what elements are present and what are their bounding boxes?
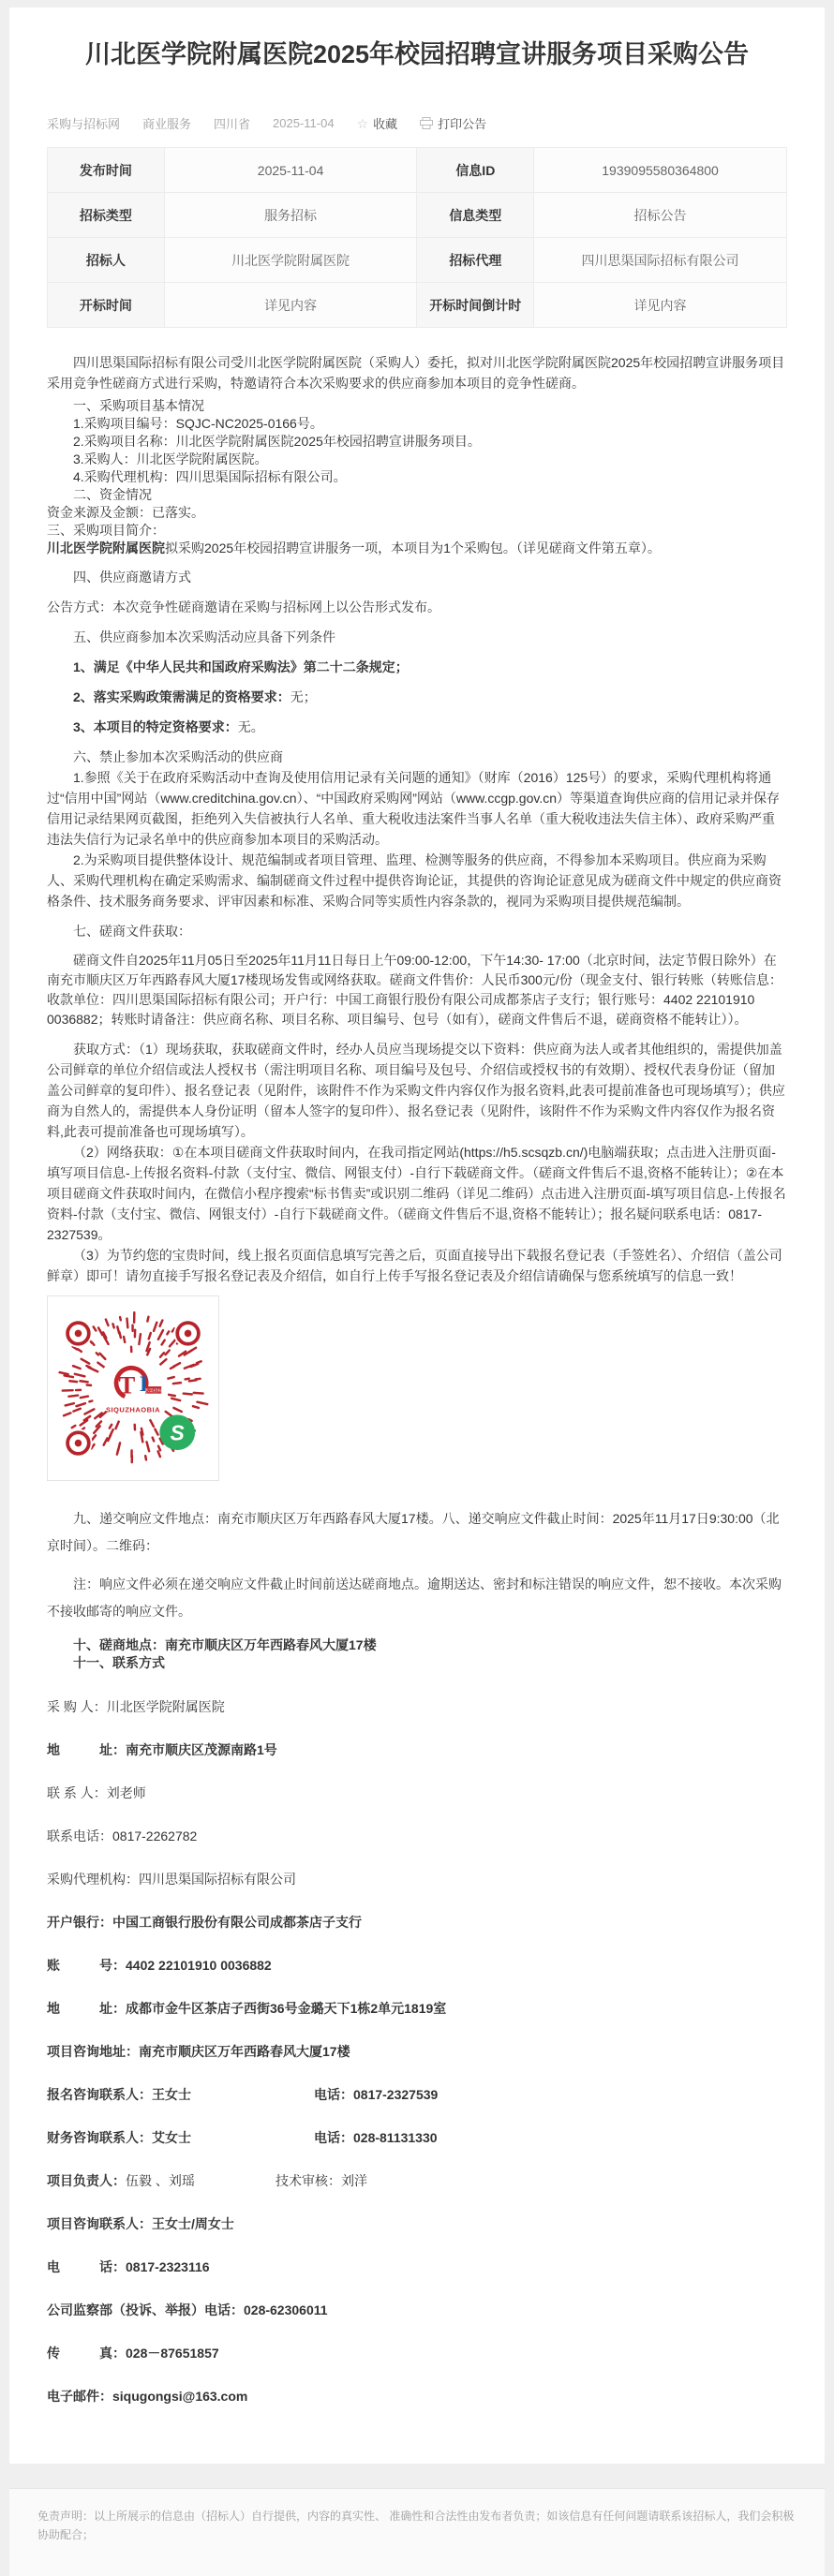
info-label: 招标代理 (417, 238, 534, 283)
info-label: 开标时间 (48, 283, 165, 328)
contact-line: 地 址：成都市金牛区茶店子西街36号金璐天下1栋2单元1819室 (47, 2001, 787, 2017)
info-label: 发布时间 (48, 148, 165, 193)
info-table-row: 开标时间 详见内容 开标时间倒计时 详见内容 (48, 283, 787, 328)
favorite-button[interactable]: ☆ 收藏 (357, 114, 398, 132)
contact-line: 项目咨询地址：南充市顺庆区万年西路春风大厦17楼 (47, 2044, 787, 2060)
paragraph: 一、采购项目基本情况 (47, 397, 787, 415)
qr-code-image: T I 思渠招标 SIQUZHAOBIA S (47, 1295, 219, 1481)
contact-list: 采 购 人：川北医学院附属医院地 址：南充市顺庆区茂源南路1号联 系 人：刘老师… (47, 1699, 787, 2405)
info-value: 详见内容 (534, 283, 787, 328)
info-label: 开标时间倒计时 (417, 283, 534, 328)
paragraph: （3）为节约您的宝贵时间，线上报名页面信息填写完善之后，页面直接导出下载报名登记… (47, 1245, 787, 1286)
contact-line: 项目咨询联系人：王女士/周女士 (47, 2216, 787, 2232)
paragraph: 2.采购项目名称：川北医学院附属医院2025年校园招聘宣讲服务项目。 (47, 433, 787, 451)
breadcrumb-link-province[interactable]: 四川省 (214, 114, 250, 132)
footer: 免责声明：以上所展示的信息由（招标人）自行提供，内容的真实性、 准确性和合法性由… (9, 2488, 825, 2575)
breadcrumb-link-category[interactable]: 商业服务 (142, 114, 191, 132)
contact-line: 采 购 人：川北医学院附属医院 (47, 1699, 787, 1715)
paragraph: 资金来源及金额：已落实。 (47, 504, 787, 522)
qr-marker (64, 1429, 92, 1458)
contact-line: 联系电话：0817-2262782 (47, 1828, 787, 1844)
paragraph: 3.采购人：川北医学院附属医院。 (47, 451, 787, 468)
contact-line: 账 号：4402 22101910 0036882 (47, 1958, 787, 1974)
qr-marker (64, 1320, 92, 1348)
paragraph: 十、磋商地点：南充市顺庆区万年西路春风大厦17楼 (47, 1636, 787, 1654)
qr-marker (173, 1320, 201, 1348)
info-table-row: 招标类型 服务招标 信息类型 招标公告 (48, 193, 787, 238)
info-value: 招标公告 (534, 193, 787, 238)
printer-icon (420, 117, 433, 129)
wechat-miniprogram-icon: S (159, 1415, 195, 1451)
paragraph: 磋商文件自2025年11月05日至2025年11月11日每日上午09:00-12… (47, 951, 787, 1029)
info-label: 信息类型 (417, 193, 534, 238)
svg-text:S: S (171, 1421, 185, 1445)
paragraph: 五、供应商参加本次采购活动应具备下列条件 (47, 627, 787, 647)
svg-text:T: T (119, 1371, 136, 1399)
info-label: 招标人 (48, 238, 165, 283)
qr-caption: SIQUZHAOBIA (106, 1406, 160, 1414)
favorite-label: 收藏 (373, 114, 397, 132)
info-table-row: 招标人 川北医学院附属医院 招标代理 四川思渠国际招标有限公司 (48, 238, 787, 283)
paragraph: 获取方式：（1）现场获取，获取磋商文件时，经办人员应当现场提交以下资料：供应商为… (47, 1039, 787, 1142)
breadcrumb: 采购与招标网 商业服务 四川省 2025-11-04 ☆ 收藏 打印公告 (47, 114, 787, 132)
info-value: 服务招标 (165, 193, 418, 238)
info-value: 2025-11-04 (165, 148, 418, 193)
paragraph: 公告方式：本次竞争性磋商邀请在采购与招标网上以公告形式发布。 (47, 597, 787, 617)
info-value: 川北医学院附属医院 (165, 238, 418, 283)
info-value: 详见内容 (165, 283, 418, 328)
breadcrumb-link-site[interactable]: 采购与招标网 (47, 114, 120, 132)
contact-line: 地 址：南充市顺庆区茂源南路1号 (47, 1742, 787, 1758)
page: 川北医学院附属医院2025年校园招聘宣讲服务项目采购公告 采购与招标网 商业服务… (0, 7, 834, 2576)
paragraph: 六、禁止参加本次采购活动的供应商 (47, 747, 787, 767)
info-table: 发布时间 2025-11-04 信息ID 1939095580364800 招标… (47, 147, 787, 328)
paragraph: 十一、联系方式 (47, 1654, 787, 1672)
info-label: 信息ID (417, 148, 534, 193)
paragraph: 川北医学院附属医院拟采购2025年校园招聘宣讲服务一项，本项目为1个采购包。（详… (47, 540, 787, 557)
contact-line: 财务咨询联系人：艾女士电话：028-81131330 (47, 2130, 787, 2146)
page-title: 川北医学院附属医院2025年校园招聘宣讲服务项目采购公告 (56, 37, 778, 71)
breadcrumb-date: 2025-11-04 (273, 116, 335, 130)
paragraph: 二、资金情况 (47, 486, 787, 504)
info-value: 1939095580364800 (534, 148, 787, 193)
paragraph: （2）网络获取：①在本项目磋商文件获取时间内，在我司指定网站(https://h… (47, 1142, 787, 1245)
announcement-card: 川北医学院附属医院2025年校园招聘宣讲服务项目采购公告 采购与招标网 商业服务… (9, 7, 825, 2464)
paragraph: 2、落实采购政策需满足的资格要求：无； (47, 687, 787, 707)
announcement-body-2: 九、递交响应文件地点：南充市顺庆区万年西路春风大厦17楼。八、递交响应文件截止时… (47, 1505, 787, 1672)
announcement-body: 四川思渠国际招标有限公司受川北医学院附属医院（采购人）委托，拟对川北医学院附属医… (47, 352, 787, 1286)
paragraph: 四、供应商邀请方式 (47, 567, 787, 587)
paragraph: 2.为采购项目提供整体设计、规范编制或者项目管理、监理、检测等服务的供应商，不得… (47, 850, 787, 911)
contact-line: 项目负责人：伍毅 、刘瑶技术审核：刘洋 (47, 2173, 787, 2189)
paragraph: 九、递交响应文件地点：南充市顺庆区万年西路春风大厦17楼。八、递交响应文件截止时… (47, 1505, 787, 1560)
paragraph: 1.采购项目编号：SQJC-NC2025-0166号。 (47, 415, 787, 433)
contact-line: 公司监察部（投诉、举报）电话：028-62306011 (47, 2302, 787, 2318)
contact-line: 电 话：0817-2323116 (47, 2259, 787, 2275)
contact-line: 联 系 人：刘老师 (47, 1785, 787, 1801)
paragraph: 4.采购代理机构：四川思渠国际招标有限公司。 (47, 468, 787, 486)
info-value: 四川思渠国际招标有限公司 (534, 238, 787, 283)
paragraph: 1.参照《关于在政府采购活动中查询及使用信用记录有关问题的通知》（财库（2016… (47, 767, 787, 850)
paragraph: 1、满足《中华人民共和国政府采购法》第二十二条规定； (47, 657, 787, 677)
paragraph: 七、磋商文件获取： (47, 921, 787, 941)
paragraph: 四川思渠国际招标有限公司受川北医学院附属医院（采购人）委托，拟对川北医学院附属医… (47, 352, 787, 393)
paragraph: 3、本项目的特定资格要求：无。 (47, 717, 787, 737)
print-label: 打印公告 (438, 114, 486, 132)
contact-line: 开户银行：中国工商银行股份有限公司成都茶店子支行 (47, 1915, 787, 1931)
contact-line: 电子邮件：siqugongsi@163.com (47, 2389, 787, 2405)
disclaimer-text: 免责声明：以上所展示的信息由（招标人）自行提供，内容的真实性、 准确性和合法性由… (37, 2508, 797, 2543)
qr-center-logo: T I 思渠招标 SIQUZHAOBIA (97, 1354, 169, 1425)
contact-line: 传 真：028－87651857 (47, 2346, 787, 2361)
contact-line: 采购代理机构：四川思渠国际招标有限公司 (47, 1872, 787, 1888)
info-table-row: 发布时间 2025-11-04 信息ID 1939095580364800 (48, 148, 787, 193)
print-button[interactable]: 打印公告 (420, 114, 486, 132)
paragraph: 注：响应文件必须在递交响应文件截止时间前送达磋商地点。逾期送达、密封和标注错误的… (47, 1571, 787, 1625)
info-label: 招标类型 (48, 193, 165, 238)
contact-line: 报名咨询联系人：王女士电话：0817-2327539 (47, 2087, 787, 2103)
paragraph: 三、采购项目简介： (47, 522, 787, 540)
star-icon: ☆ (357, 117, 369, 130)
